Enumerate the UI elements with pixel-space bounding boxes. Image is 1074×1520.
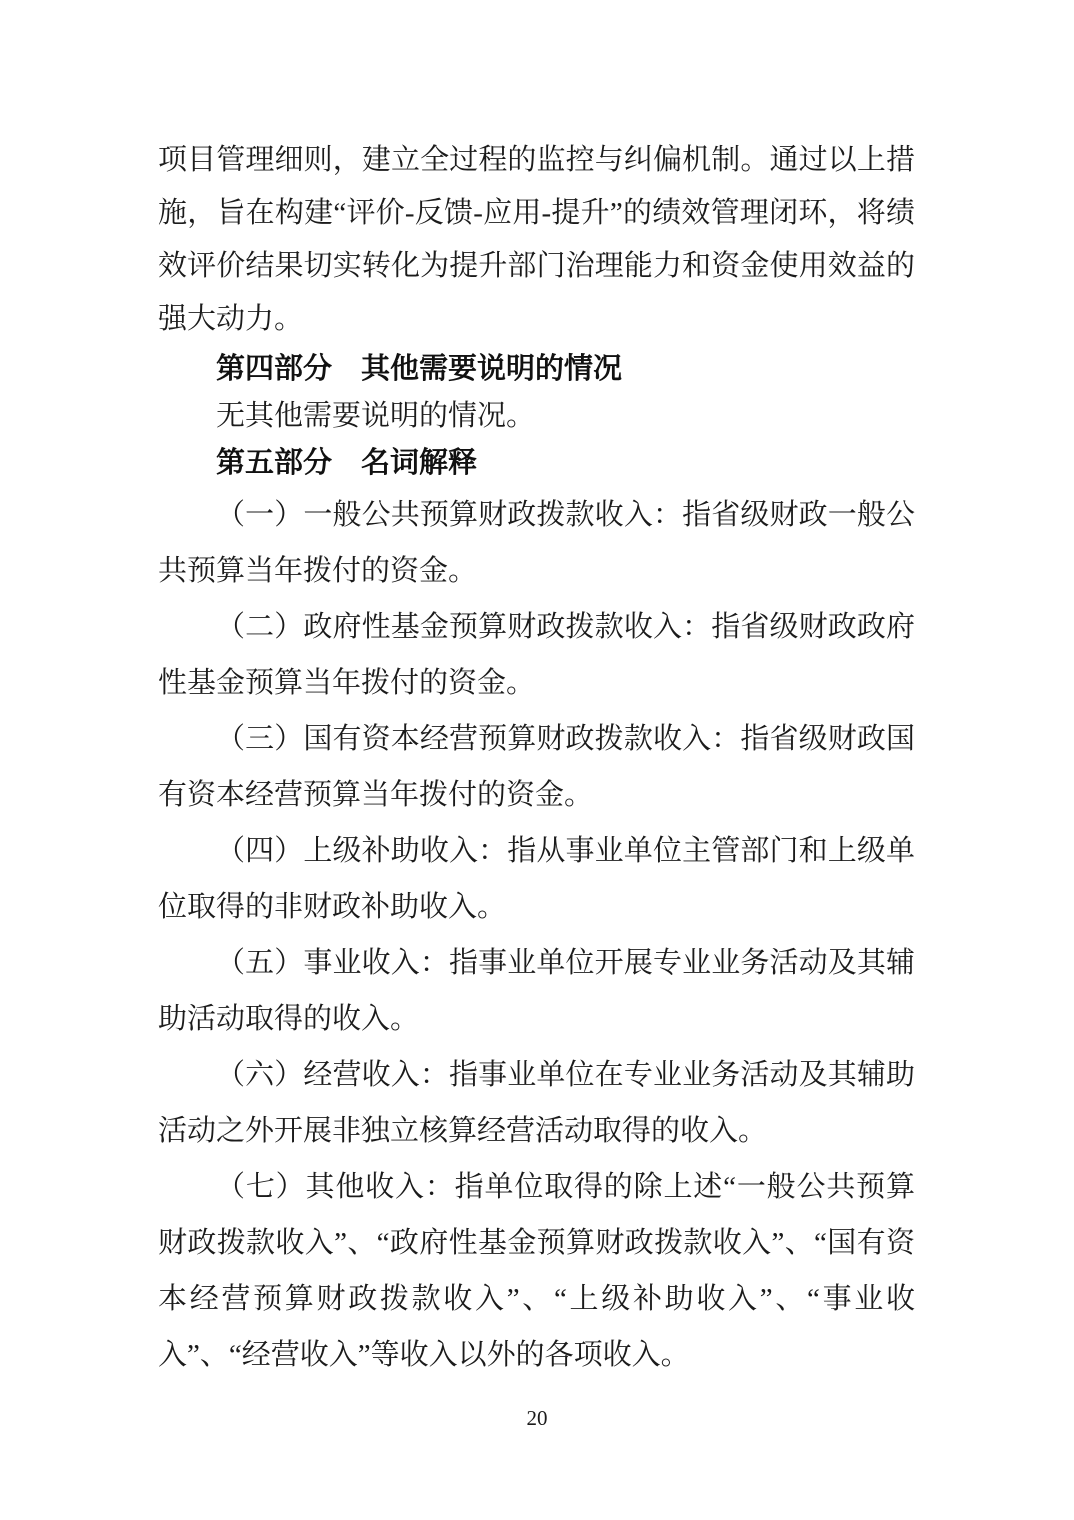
term-paragraph-5: （五）事业收入：指事业单位开展专业业务活动及其辅助活动取得的收入。 [158, 935, 915, 1047]
term-paragraph-7: （七）其他收入：指单位取得的除上述“一般公共预算财政拨款收入”、“政府性基金预算… [158, 1159, 915, 1383]
page-number: 20 [0, 1404, 1074, 1432]
section4-heading: 第四部分 其他需要说明的情况 [158, 346, 915, 393]
term-paragraph-1: （一）一般公共预算财政拨款收入：指省级财政一般公共预算当年拨付的资金。 [158, 487, 915, 599]
term-paragraph-4: （四）上级补助收入：指从事业单位主管部门和上级单位取得的非财政补助收入。 [158, 823, 915, 935]
term-paragraph-2: （二）政府性基金预算财政拨款收入：指省级财政政府性基金预算当年拨付的资金。 [158, 599, 915, 711]
term-paragraph-6: （六）经营收入：指事业单位在专业业务活动及其辅助活动之外开展非独立核算经营活动取… [158, 1047, 915, 1159]
intro-paragraph: 项目管理细则，建立全过程的监控与纠偏机制。通过以上措施，旨在构建“评价-反馈-应… [158, 134, 915, 346]
page-content: 项目管理细则，建立全过程的监控与纠偏机制。通过以上措施，旨在构建“评价-反馈-应… [158, 134, 915, 1383]
section5-heading: 第五部分 名词解释 [158, 440, 915, 487]
document-page: 项目管理细则，建立全过程的监控与纠偏机制。通过以上措施，旨在构建“评价-反馈-应… [0, 0, 1074, 1520]
section4-body: 无其他需要说明的情况。 [158, 393, 915, 440]
term-paragraph-3: （三）国有资本经营预算财政拨款收入：指省级财政国有资本经营预算当年拨付的资金。 [158, 711, 915, 823]
